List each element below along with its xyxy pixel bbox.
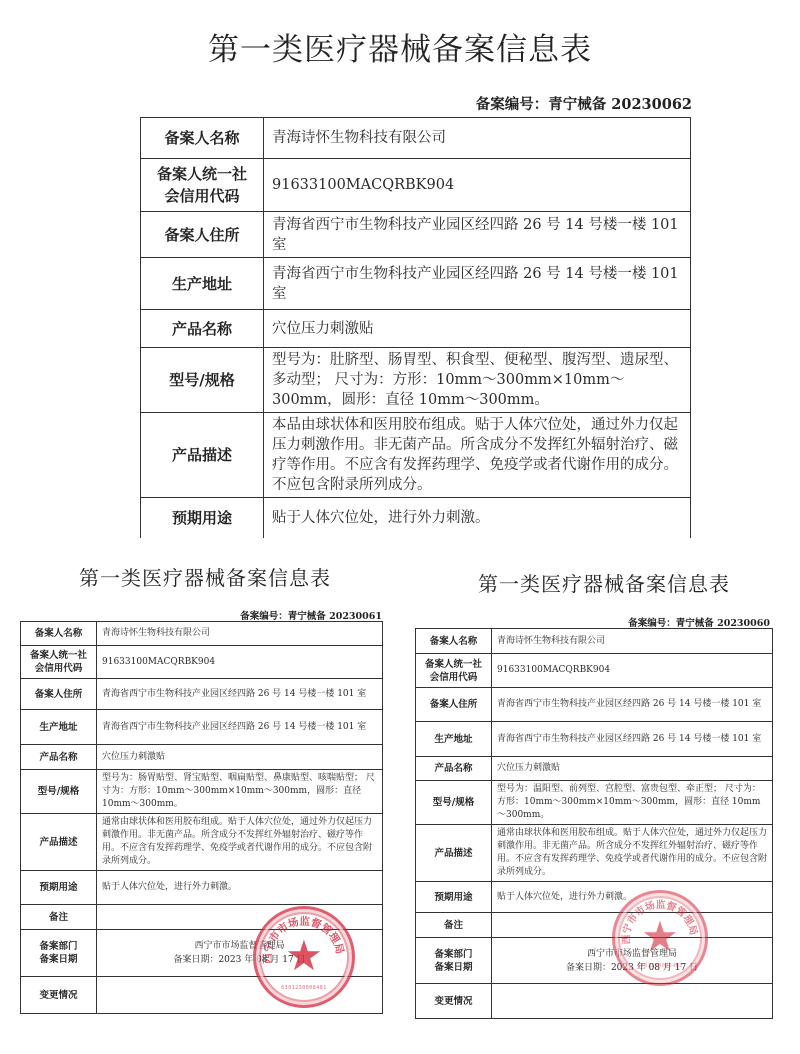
row-label: 备案人住所 (141, 212, 264, 258)
change-history (97, 977, 383, 1014)
row-label: 备案人住所 (21, 679, 97, 710)
table-row: 产品描述 通常由球状体和医用胶布组成。贴于人体穴位处，通过外力仅起压力刺激作用。… (416, 825, 773, 882)
filing-form-main: 第一类医疗器械备案信息表 备案编号：青宁械备 20230062 备案人名称 青海… (0, 0, 800, 530)
label-line: 备案人统一社 (22, 649, 95, 662)
row-label: 变更情况 (21, 977, 97, 1014)
table-row: 备案部门 备案日期 西宁市市场监督管理局 备案日期：2023 年 08 月 17… (21, 930, 383, 977)
credit-code: 91633100MACQRBK904 (97, 646, 383, 679)
label-line: 备案部门 (417, 948, 490, 961)
row-label: 型号/规格 (21, 770, 97, 814)
label-line: 备案人统一社 (142, 163, 262, 185)
registrant-address: 青海省西宁市生物科技产业园区经四路 26 号 14 号楼一楼 101 室 (97, 679, 383, 710)
remarks (492, 913, 773, 938)
label-line: 备案人统一社 (417, 658, 490, 671)
registrant-address: 青海省西宁市生物科技产业园区经四路 26 号 14 号楼一楼 101 室 (264, 212, 691, 258)
filing-date: 备案日期：2023 年 08 月 17 日 (497, 961, 767, 975)
model-spec: 型号为：温阳型、前列型、宫腔型、富贵包型、牵正型； 尺寸为：方形：10mm～30… (492, 781, 773, 825)
table-row: 产品名称 穴位压力刺激贴 (416, 757, 773, 781)
document-title: 第一类医疗器械备案信息表 (0, 24, 800, 69)
row-label: 备案部门 备案日期 (21, 930, 97, 977)
product-description: 通常由球状体和医用胶布组成。贴于人体穴位处，通过外力仅起压力刺激作用。非无菌产品… (97, 814, 383, 871)
table-row: 备案部门 备案日期 西宁市市场监督管理局 备案日期：2023 年 08 月 17… (416, 938, 773, 984)
product-description: 本品由球状体和医用胶布组成。贴于人体穴位处，通过外力仅起压力刺激作用。非无菌产品… (264, 413, 691, 498)
row-label: 预期用途 (141, 498, 264, 538)
filing-info-table: 备案人名称 青海诗怀生物科技有限公司 备案人统一社 会信用代码 91633100… (20, 621, 383, 1014)
table-row: 产品描述 本品由球状体和医用胶布组成。贴于人体穴位处，通过外力仅起压力刺激作用。… (141, 413, 691, 498)
document-title: 第一类医疗器械备案信息表 (10, 562, 400, 591)
row-label: 备案人名称 (141, 118, 264, 159)
product-name: 穴位压力刺激贴 (492, 757, 773, 781)
row-label: 预期用途 (416, 882, 492, 913)
row-label: 生产地址 (141, 258, 264, 310)
filing-department: 西宁市市场监督管理局 (102, 939, 377, 953)
table-row: 备案人住所 青海省西宁市生物科技产业园区经四路 26 号 14 号楼一楼 101… (141, 212, 691, 258)
table-row: 备案人名称 青海诗怀生物科技有限公司 (21, 622, 383, 646)
filing-form-right: 第一类医疗器械备案信息表 备案编号：青宁械备 20230060 备案人名称 青海… (400, 555, 800, 1054)
table-row: 备案人名称 青海诗怀生物科技有限公司 (141, 118, 691, 159)
table-row: 预期用途 贴于人体穴位处，进行外力刺激。 (141, 498, 691, 538)
label-line: 备案部门 (22, 940, 95, 953)
registrant-name: 青海诗怀生物科技有限公司 (97, 622, 383, 646)
row-label: 备案人统一社 会信用代码 (21, 646, 97, 679)
row-label: 变更情况 (416, 984, 492, 1019)
table-row: 备案人统一社 会信用代码 91633100MACQRBK904 (21, 646, 383, 679)
table-row: 预期用途 贴于人体穴位处，进行外力刺激。 (416, 882, 773, 913)
registrant-name: 青海诗怀生物科技有限公司 (264, 118, 691, 159)
table-row: 产品名称 穴位压力刺激贴 (21, 745, 383, 770)
row-label: 预期用途 (21, 871, 97, 905)
credit-code: 91633100MACQRBK904 (264, 159, 691, 212)
row-label: 型号/规格 (416, 781, 492, 825)
table-row: 预期用途 贴于人体穴位处，进行外力刺激。 (21, 871, 383, 905)
filing-department-date: 西宁市市场监督管理局 备案日期：2023 年 08 月 17 日 (97, 930, 383, 977)
label-line: 会信用代码 (22, 662, 95, 675)
table-row: 备案人统一社 会信用代码 91633100MACQRBK904 (141, 159, 691, 212)
model-spec: 型号为：肠胃贴型、肾宝贴型、咽扁贴型、鼻康贴型、咳喘贴型； 尺寸为：方形：10m… (97, 770, 383, 814)
table-row: 生产地址 青海省西宁市生物科技产业园区经四路 26 号 14 号楼一楼 101 … (21, 710, 383, 745)
row-label: 产品描述 (21, 814, 97, 871)
row-label: 备案人名称 (416, 629, 492, 654)
table-row: 备注 (416, 913, 773, 938)
row-label: 产品名称 (21, 745, 97, 770)
table-row: 备案人住所 青海省西宁市生物科技产业园区经四路 26 号 14 号楼一楼 101… (416, 688, 773, 722)
row-label: 生产地址 (21, 710, 97, 745)
label-line: 备案日期 (22, 953, 95, 966)
table-row: 产品描述 通常由球状体和医用胶布组成。贴于人体穴位处，通过外力仅起压力刺激作用。… (21, 814, 383, 871)
row-label: 产品描述 (141, 413, 264, 498)
change-history (492, 984, 773, 1019)
filing-date: 备案日期：2023 年 08 月 17 日 (102, 953, 377, 967)
filing-info-table: 备案人名称 青海诗怀生物科技有限公司 备案人统一社 会信用代码 91633100… (140, 117, 691, 538)
registrant-address: 青海省西宁市生物科技产业园区经四路 26 号 14 号楼一楼 101 室 (492, 688, 773, 722)
production-address: 青海省西宁市生物科技产业园区经四路 26 号 14 号楼一楼 101 室 (492, 722, 773, 757)
table-row: 变更情况 (416, 984, 773, 1019)
credit-code: 91633100MACQRBK904 (492, 654, 773, 688)
filing-info-table: 备案人名称 青海诗怀生物科技有限公司 备案人统一社 会信用代码 91633100… (415, 628, 773, 1019)
product-name: 穴位压力刺激贴 (264, 310, 691, 348)
production-address: 青海省西宁市生物科技产业园区经四路 26 号 14 号楼一楼 101 室 (97, 710, 383, 745)
table-row: 生产地址 青海省西宁市生物科技产业园区经四路 26 号 14 号楼一楼 101 … (416, 722, 773, 757)
row-label: 备案人名称 (21, 622, 97, 646)
intended-use: 贴于人体穴位处，进行外力刺激。 (492, 882, 773, 913)
row-label: 备案部门 备案日期 (416, 938, 492, 984)
document-title: 第一类医疗器械备案信息表 (408, 568, 800, 597)
row-label: 备注 (416, 913, 492, 938)
row-label: 备案人统一社 会信用代码 (416, 654, 492, 688)
label-line: 备案日期 (417, 961, 490, 974)
intended-use: 贴于人体穴位处，进行外力刺激。 (264, 498, 691, 538)
table-row: 变更情况 (21, 977, 383, 1014)
table-row: 备案人住所 青海省西宁市生物科技产业园区经四路 26 号 14 号楼一楼 101… (21, 679, 383, 710)
row-label: 产品名称 (141, 310, 264, 348)
row-label: 型号/规格 (141, 348, 264, 413)
label-line: 会信用代码 (142, 185, 262, 207)
registrant-name: 青海诗怀生物科技有限公司 (492, 629, 773, 654)
row-label: 备注 (21, 905, 97, 930)
filing-form-left: 第一类医疗器械备案信息表 备案编号：青宁械备 20230061 备案人名称 青海… (0, 540, 400, 1054)
table-row: 型号/规格 型号为：温阳型、前列型、宫腔型、富贵包型、牵正型； 尺寸为：方形：1… (416, 781, 773, 825)
filing-department: 西宁市市场监督管理局 (497, 947, 767, 961)
table-row: 型号/规格 型号为：肚脐型、肠胃型、积食型、便秘型、腹泻型、遗尿型、多动型； 尺… (141, 348, 691, 413)
product-description: 通常由球状体和医用胶布组成。贴于人体穴位处，通过外力仅起压力刺激作用。非无菌产品… (492, 825, 773, 882)
table-row: 型号/规格 型号为：肠胃贴型、肾宝贴型、咽扁贴型、鼻康贴型、咳喘贴型； 尺寸为：… (21, 770, 383, 814)
table-row: 备案人名称 青海诗怀生物科技有限公司 (416, 629, 773, 654)
record-number: 备案编号：青宁械备 20230062 (476, 93, 692, 114)
model-spec: 型号为：肚脐型、肠胃型、积食型、便秘型、腹泻型、遗尿型、多动型； 尺寸为：方形：… (264, 348, 691, 413)
product-name: 穴位压力刺激贴 (97, 745, 383, 770)
row-label: 产品名称 (416, 757, 492, 781)
row-label: 备案人住所 (416, 688, 492, 722)
row-label: 备案人统一社 会信用代码 (141, 159, 264, 212)
record-number: 备案编号：青宁械备 20230061 (240, 608, 382, 622)
label-line: 会信用代码 (417, 671, 490, 684)
intended-use: 贴于人体穴位处，进行外力刺激。 (97, 871, 383, 905)
filing-department-date: 西宁市市场监督管理局 备案日期：2023 年 08 月 17 日 (492, 938, 773, 984)
table-row: 备案人统一社 会信用代码 91633100MACQRBK904 (416, 654, 773, 688)
remarks (97, 905, 383, 930)
row-label: 生产地址 (416, 722, 492, 757)
table-row: 产品名称 穴位压力刺激贴 (141, 310, 691, 348)
production-address: 青海省西宁市生物科技产业园区经四路 26 号 14 号楼一楼 101 室 (264, 258, 691, 310)
record-number: 备案编号：青宁械备 20230060 (628, 615, 770, 629)
table-row: 生产地址 青海省西宁市生物科技产业园区经四路 26 号 14 号楼一楼 101 … (141, 258, 691, 310)
table-row: 备注 (21, 905, 383, 930)
row-label: 产品描述 (416, 825, 492, 882)
